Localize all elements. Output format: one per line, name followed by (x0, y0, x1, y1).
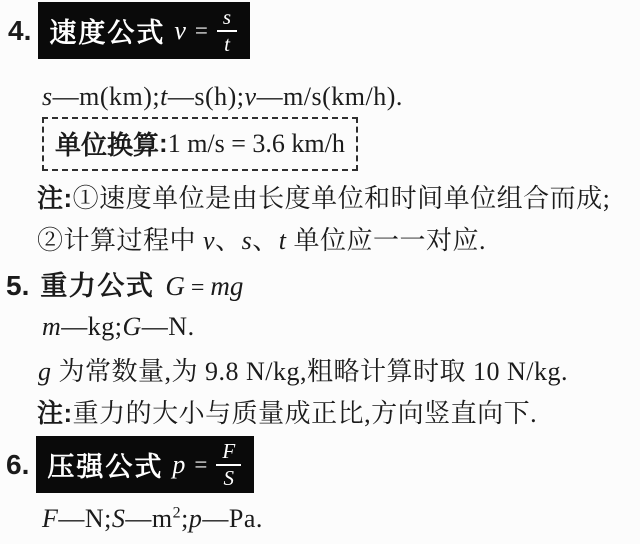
conversion-label: 单位换算 (55, 125, 159, 162)
text-run: —kg; (61, 312, 122, 341)
text-run: m (42, 312, 61, 341)
gravity-formula: G=mg (165, 271, 243, 302)
equals-sign: = (194, 452, 207, 478)
conversion-colon: : (159, 128, 168, 159)
speed-formula-title: 速度公式 (49, 11, 165, 50)
text-run: —N. (142, 312, 195, 341)
note-line-1: 注:①速度单位是由长度单位和时间单位组合而成; (37, 178, 610, 215)
note-label: 注: (37, 398, 73, 428)
unit-conversion-box: 单位换算:1 m/s = 3.6 km/h (42, 117, 358, 171)
text-run: ②计算过程中 (37, 226, 203, 255)
note-line-2: ②计算过程中 v、s、t 单位应一一对应. (37, 220, 486, 257)
text-run: 、 (252, 226, 279, 255)
text-run: s (242, 226, 253, 255)
note-label: 注: (37, 183, 73, 213)
formula-var-mg: mg (210, 271, 243, 301)
text-run: —N; (58, 504, 112, 533)
units-line-pressure: F—N;S—m2;p—Pa. (42, 504, 263, 534)
text-run: v (203, 226, 215, 255)
fraction-denominator: S (224, 466, 235, 489)
text-run: t (160, 82, 168, 111)
section-5-heading-row: 5. 重力公式 G=mg (6, 264, 243, 303)
pressure-formula-highlight-box: 压强公式 p = F S (36, 436, 254, 493)
pressure-formula-title: 压强公式 (47, 445, 163, 484)
formula-var-v: v (174, 16, 186, 46)
conversion-value: 1 m/s = 3.6 km/h (168, 129, 345, 159)
formula-var-p: p (172, 450, 185, 480)
text-run: ; (181, 504, 189, 533)
note-line-gravity: 注:重力的大小与质量成正比,方向竖直向下. (37, 393, 537, 430)
text-run: —Pa. (202, 504, 263, 533)
fraction-s-over-t: s t (217, 6, 237, 54)
section-6-heading-row: 6. 压强公式 p = F S (6, 436, 254, 493)
text-run: S (112, 504, 126, 533)
text-run: s (42, 82, 53, 111)
section-4-heading-row: 4. 速度公式 v = s t (8, 2, 250, 59)
item-4-number: 4. (8, 15, 31, 47)
text-run: —m(km); (53, 82, 161, 111)
physics-formula-notes-page: 4. 速度公式 v = s t s—m(km);t—s(h);v—m/s(km/… (0, 0, 640, 544)
equals-sign: = (191, 275, 205, 301)
speed-formula-highlight-box: 速度公式 v = s t (38, 2, 250, 59)
superscript-2: 2 (173, 504, 182, 521)
text-run: p (189, 504, 203, 533)
gravity-formula-title: 重力公式 (40, 264, 154, 303)
units-line-gravity: m—kg;G—N. (42, 312, 195, 342)
text-run: 单位应一一对应. (286, 226, 486, 255)
note-text: 重力的大小与质量成正比,方向竖直向下. (73, 399, 538, 428)
formula-var-g: g (38, 357, 52, 386)
g-constant-line: g 为常数量,为 9.8 N/kg,粗略计算时取 10 N/kg. (38, 351, 568, 388)
text-run: 为常数量,为 9.8 N/kg,粗略计算时取 10 N/kg. (52, 357, 569, 386)
fraction-denominator: t (224, 32, 230, 55)
fraction-numerator: F (216, 440, 241, 465)
text-run: 、 (215, 226, 242, 255)
text-run: v (245, 82, 257, 111)
text-run: F (42, 504, 58, 533)
item-5-number: 5. (6, 270, 29, 302)
units-line-speed: s—m(km);t—s(h);v—m/s(km/h). (42, 82, 403, 112)
note-text: ①速度单位是由长度单位和时间单位组合而成; (73, 184, 611, 213)
fraction-numerator: s (217, 6, 237, 31)
item-6-number: 6. (6, 449, 29, 481)
text-run: —m/s(km/h). (257, 82, 403, 111)
fraction-F-over-S: F S (216, 440, 241, 488)
formula-var-G: G (165, 271, 185, 301)
text-run: —m (125, 504, 172, 533)
text-run: G (123, 312, 142, 341)
equals-sign: = (195, 18, 208, 44)
text-run: —s(h); (168, 82, 245, 111)
